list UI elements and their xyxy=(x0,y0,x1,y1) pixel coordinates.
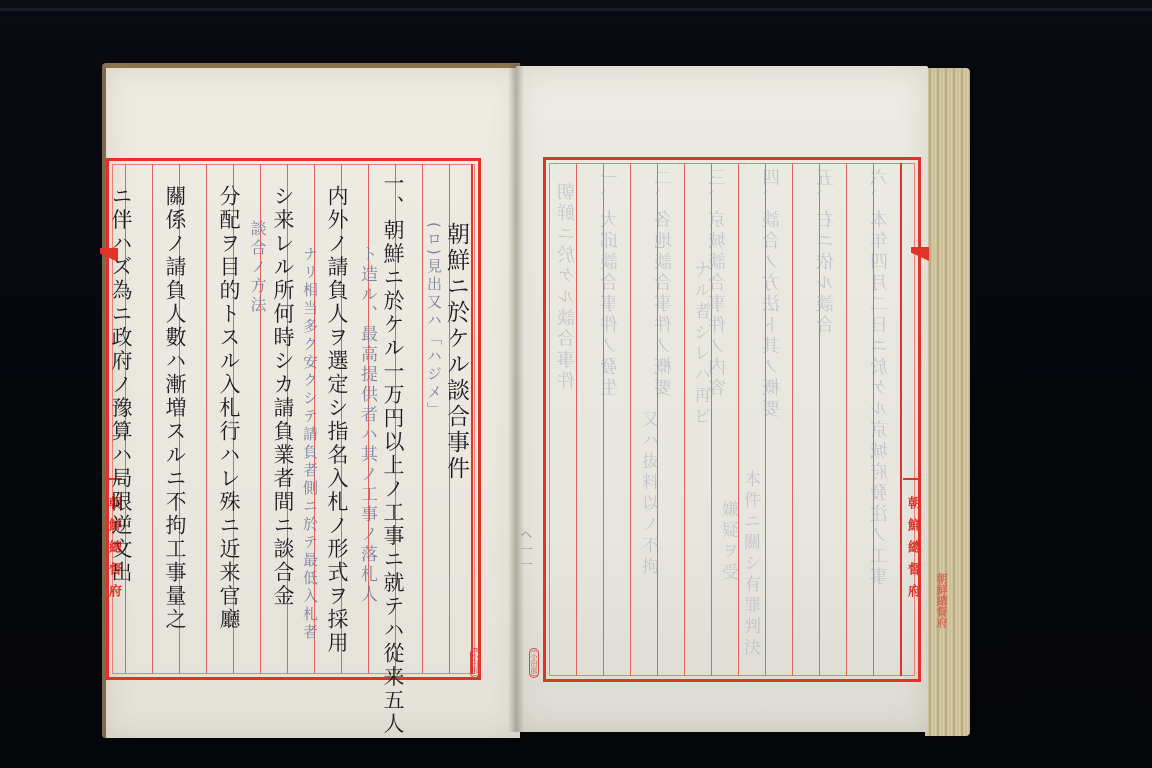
page-number: ヘ一一 xyxy=(518,528,535,573)
reverse-column-5: 二、各地談合事件ノ概要 xyxy=(652,168,678,399)
reverse-column-6: 一、大邱談合事件ノ發生 xyxy=(598,168,624,399)
faint-annotation-2: 嫌疑ヲ受 xyxy=(716,500,741,584)
reverse-column-2: 五、右ニ依ル談合 xyxy=(814,168,840,336)
faint-annotation-4: ナル者シレハ再ビ xyxy=(688,260,713,428)
reverse-column-3: 四、談合ノ方法ト其ノ概要 xyxy=(760,168,786,420)
stack-margin-label: 朝鮮總督府 xyxy=(939,573,951,628)
text-column-1: 一、朝鮮ニ於ケル一万円以上ノ工事ニ就テハ從来五人 xyxy=(378,172,408,736)
right-stamp: (小田部) xyxy=(529,648,539,678)
pencil-annotation-2: ナリ相当多ク安クシテ請負者側ニ於テ最低入札者 xyxy=(300,246,321,642)
text-column-3: シ来レル所何時シカ請負業者間ニ談合金 xyxy=(268,185,298,608)
text-column-2: 内外ノ請負人ヲ選定シ指名入札ノ形式ヲ採用 xyxy=(322,185,352,655)
page-stack-edge: 朝鮮總督府 xyxy=(925,68,970,736)
right-margin-label: 朝鮮總督府 xyxy=(903,496,922,606)
open-manuscript: 朝鮮總督府 朝鮮總督府 (小田部) 朝鮮ニ於ケル談合事件 (ロ)見出又ハ「ハジメ… xyxy=(0,0,1152,768)
text-column-5: 關係ノ請負人數ハ漸増スルニ不拘工事量之 xyxy=(160,185,190,632)
faint-annotation-1: 本件ニ關シ有罪判決 xyxy=(738,470,763,659)
title-annotation: (ロ)見出又ハ「ハジメ」 xyxy=(424,222,445,420)
pencil-annotation-1: ト造ル、最高提供者ハ其ノ工事ノ落札人 xyxy=(355,245,380,605)
text-column-4: 分配ヲ目的トスル入札行ハレ殊ニ近来官廳 xyxy=(214,185,244,632)
reverse-column-1: 六、本年四月二日ニ於ケル京城府發注ノ工事 xyxy=(868,168,894,588)
faint-annotation-3: 又ハ抜料以ノ不拘 xyxy=(636,410,661,578)
book-gutter xyxy=(508,64,524,732)
pencil-annotation-3: 談合ノ方法 xyxy=(246,220,269,315)
left-stamp: (小田部) xyxy=(470,648,480,678)
reverse-column-7: 朝鮮ニ於ケル談合事件 xyxy=(555,182,581,392)
text-column-6: ニ伴ハズ為ニ政府ノ豫算ハ局限逆文出 xyxy=(106,185,136,585)
